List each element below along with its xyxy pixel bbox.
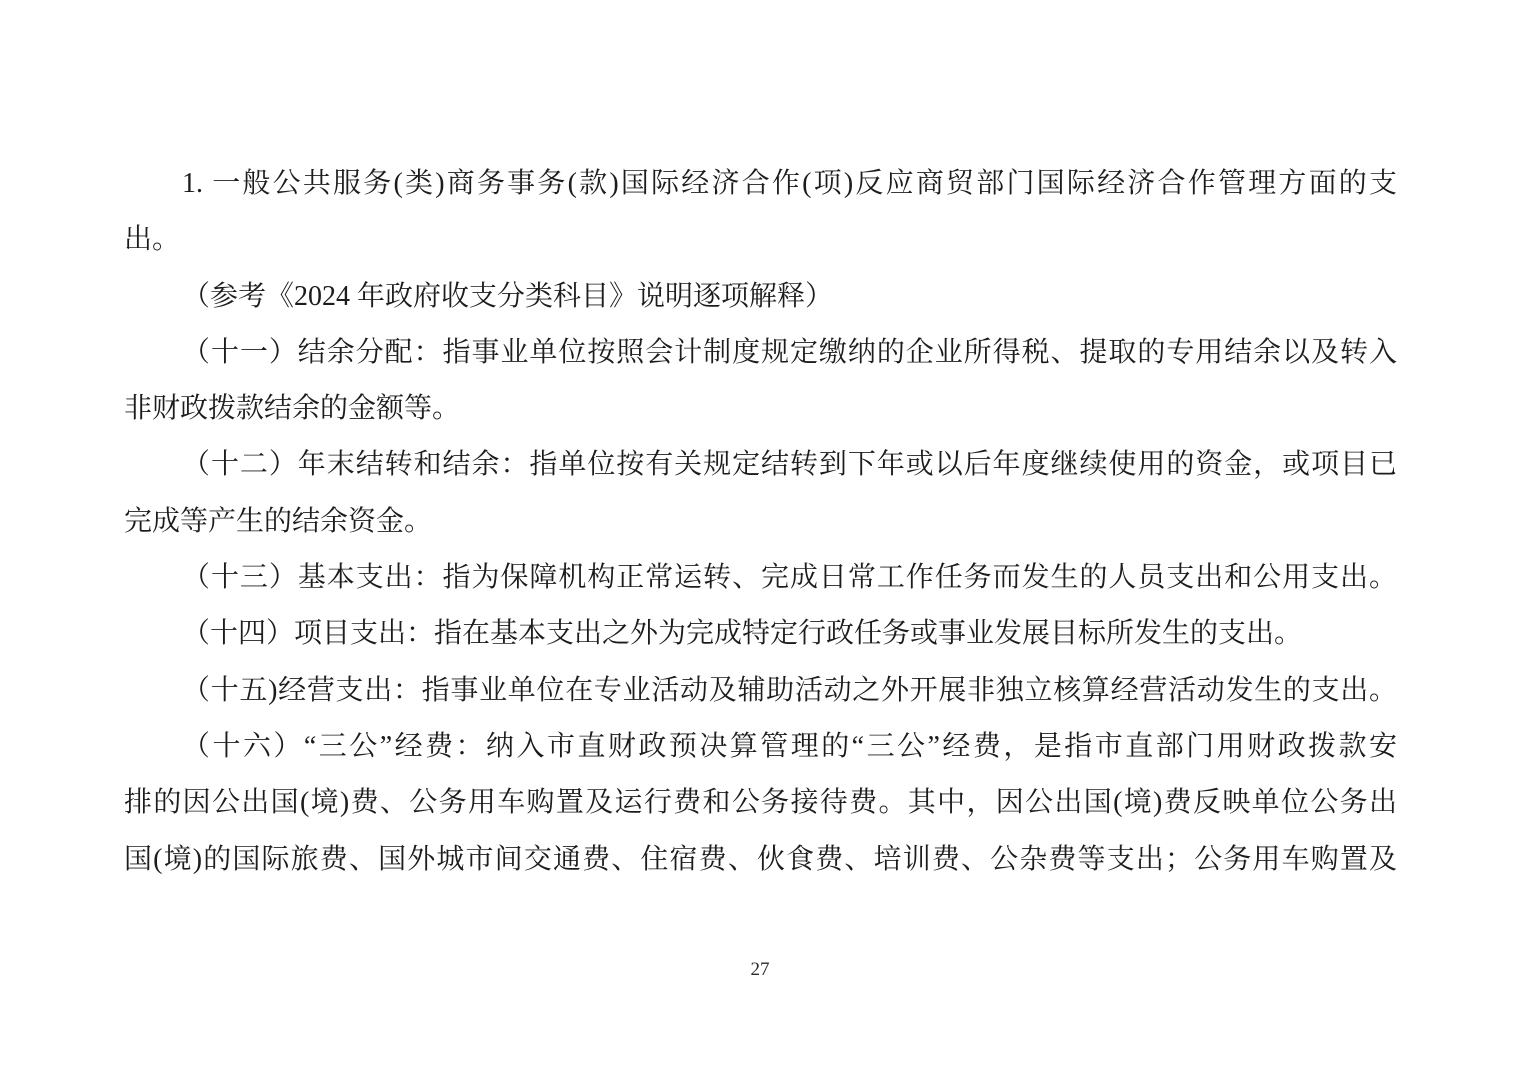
paragraph-line: （十二）年末结转和结余：指单位按有关规定结转到下年或以后年度继续使用的资金，或项… bbox=[124, 437, 1397, 493]
paragraph-line: （十三）基本支出：指为保障机构正常运转、完成日常工作任务而发生的人员支出和公用支… bbox=[124, 550, 1397, 606]
paragraph-line: （十六）“三公”经费：纳入市直财政预决算管理的“三公”经费，是指市直部门用财政拨… bbox=[124, 719, 1397, 775]
paragraph-line: 1. 一般公共服务(类)商务事务(款)国际经济合作(项)反应商贸部门国际经济合作… bbox=[124, 156, 1397, 212]
paragraph-line: （十五)经营支出：指事业单位在专业活动及辅助活动之外开展非独立核算经营活动发生的… bbox=[124, 663, 1397, 719]
paragraph-line: 完成等产生的结余资金。 bbox=[124, 494, 1397, 550]
paragraph-line: 非财政拨款结余的金额等。 bbox=[124, 381, 1397, 437]
paragraph-line: （十一）结余分配：指事业单位按照会计制度规定缴纳的企业所得税、提取的专用结余以及… bbox=[124, 325, 1397, 381]
document-page: 1. 一般公共服务(类)商务事务(款)国际经济合作(项)反应商贸部门国际经济合作… bbox=[0, 0, 1520, 1074]
paragraph-line: 排的因公出国(境)费、公务用车购置及运行费和公务接待费。其中，因公出国(境)费反… bbox=[124, 775, 1397, 831]
paragraph-line: 出。 bbox=[124, 212, 1397, 268]
paragraph-line: 国(境)的国际旅费、国外城市间交通费、住宿费、伙食费、培训费、公杂费等支出；公务… bbox=[124, 832, 1397, 888]
paragraph-line: （参考《2024 年政府收支分类科目》说明逐项解释） bbox=[124, 269, 1397, 325]
document-body: 1. 一般公共服务(类)商务事务(款)国际经济合作(项)反应商贸部门国际经济合作… bbox=[124, 156, 1397, 888]
page-number: 27 bbox=[0, 959, 1520, 981]
paragraph-line: （十四）项目支出：指在基本支出之外为完成特定行政任务或事业发展目标所发生的支出。 bbox=[124, 606, 1397, 662]
